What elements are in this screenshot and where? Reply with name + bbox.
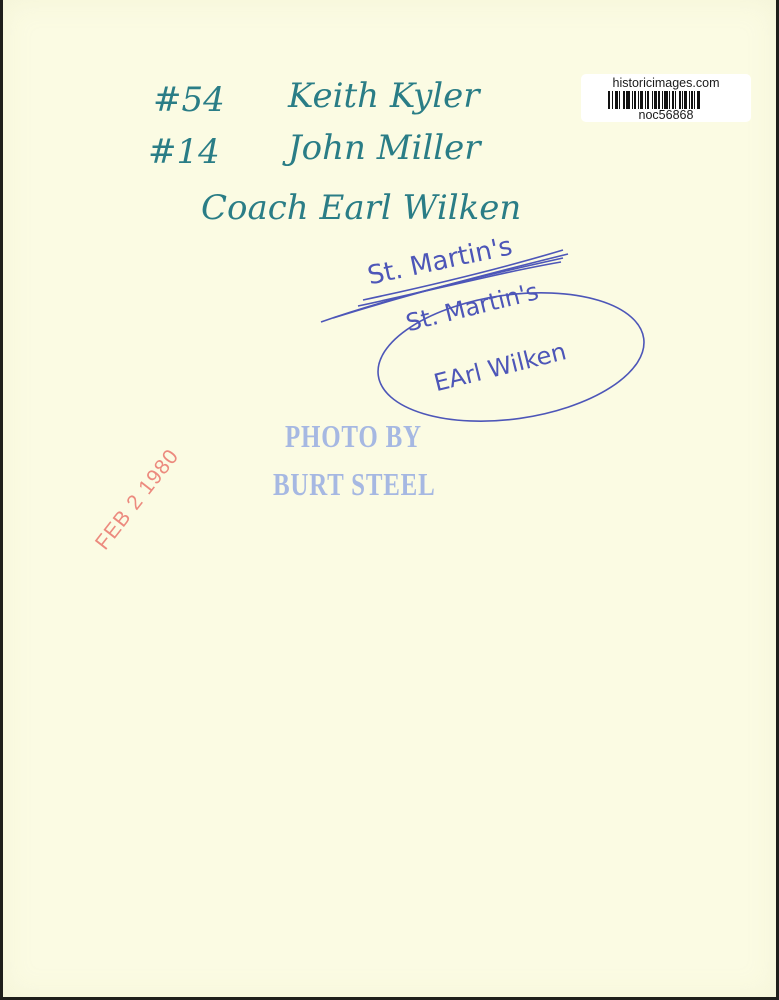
photo-credit-stamp-line1: PHOTO BY [285, 418, 422, 455]
photo-back-paper: historicimages.com noc56868 #54 Keith Ky… [3, 0, 776, 997]
photo-credit-stamp-line2: BURT STEEL [273, 466, 436, 503]
